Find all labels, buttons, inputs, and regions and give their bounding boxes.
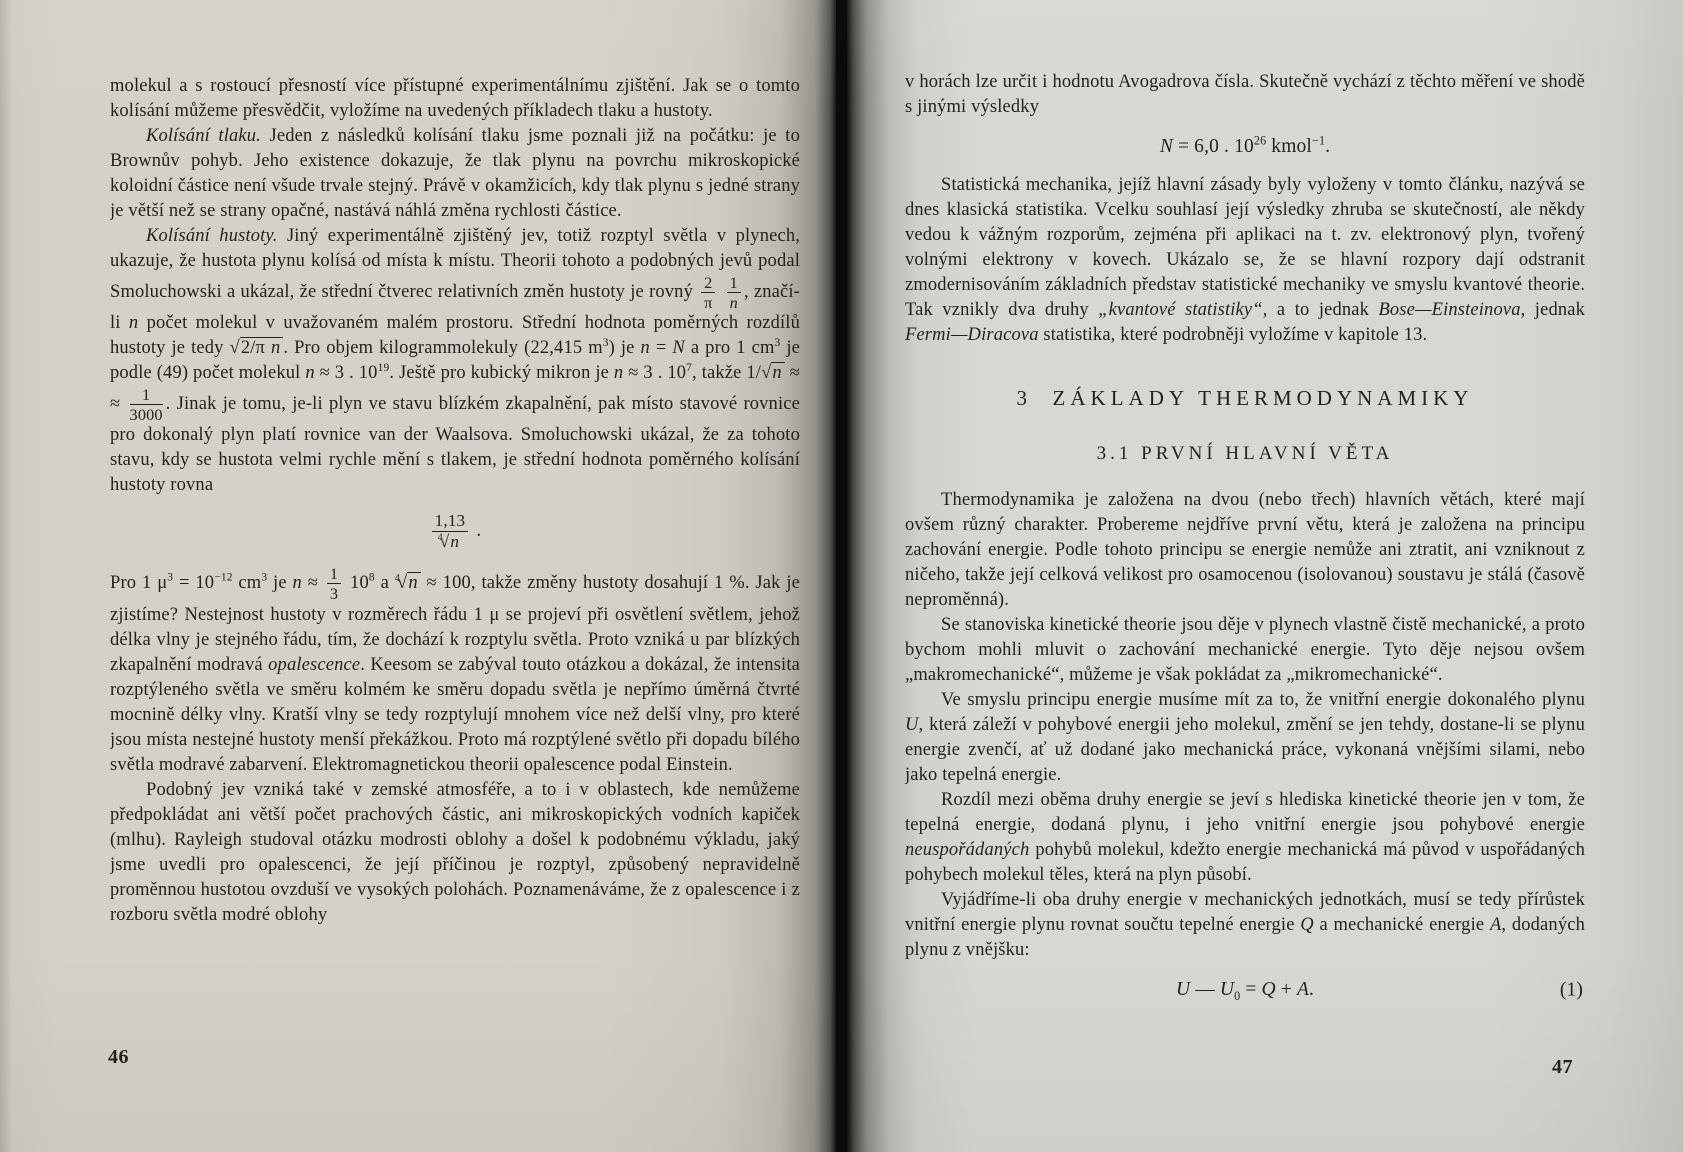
paragraph-opalescence: Pro 1 μ3 = 10−12 cm3 je n ≈ 13 108 a 4√n… <box>110 565 800 777</box>
paragraph-vyjadrime: Vyjádříme-li oba druhy energie v mechani… <box>905 888 1585 963</box>
paragraph-atmosphere: Podobný jev vzniká také v zemské atmosfé… <box>110 778 800 928</box>
paragraph-statisticka-mechanika: Statistická mechanika, jejíž hlavní zása… <box>905 173 1585 348</box>
paragraph-thermodynamika: Thermodynamika je založena na dvou (nebo… <box>905 488 1585 613</box>
left-page-text: molekul a s rostoucí přesností více přís… <box>110 74 800 1074</box>
equation-first-law: U — U0 = Q + A.(1) <box>905 977 1585 1002</box>
page-number-right: 47 <box>1552 1056 1573 1079</box>
paragraph-kolisani-tlaku: Kolísání tlaku. Jeden z následků kolísán… <box>110 124 800 224</box>
equation-number: (1) <box>1560 977 1583 1002</box>
book-scan: molekul a s rostoucí přesností více přís… <box>0 0 1683 1152</box>
paragraph-stanoviska: Se stanoviska kinetické theorie jsou děj… <box>905 613 1585 688</box>
paragraph-vnitrni-energie: Ve smyslu principu energie musíme mít za… <box>905 688 1585 788</box>
right-page-text: v horách lze určit i hodnotu Avogadrova … <box>905 70 1585 1075</box>
paragraph-kolisani-hustoty: Kolísání hustoty. Jiný experimentálně zj… <box>110 224 800 498</box>
section-heading: 3.1 PRVNÍ HLAVNÍ VĚTA <box>905 441 1585 466</box>
paragraph-continuation: molekul a s rostoucí přesností více přís… <box>110 74 800 124</box>
paragraph-avogadro: v horách lze určit i hodnotu Avogadrova … <box>905 70 1585 120</box>
book-gutter <box>836 0 847 1152</box>
page-number-left: 46 <box>108 1046 129 1069</box>
chapter-heading: 3 ZÁKLADY THERMODYNAMIKY <box>905 386 1585 411</box>
paragraph-rozdil-energie: Rozdíl mezi oběma druhy energie se jeví … <box>905 788 1585 888</box>
equation-density-fluctuation: 1,134√n . <box>110 512 800 551</box>
equation-avogadro-number: N = 6,0 . 1026 kmol−1. <box>905 134 1585 159</box>
